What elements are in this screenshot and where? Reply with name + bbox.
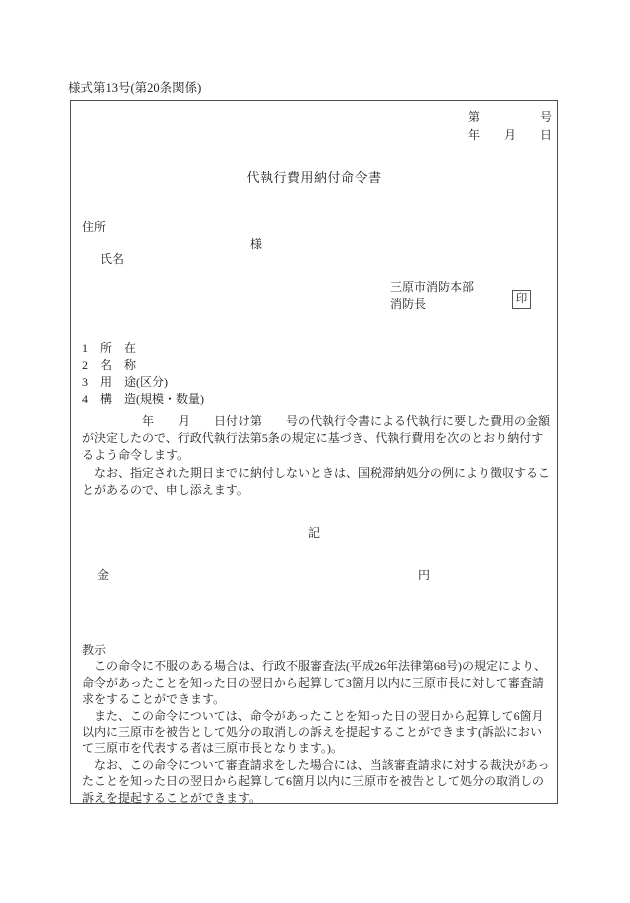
record-marker: 記 (71, 524, 557, 541)
notice-line: て三原市を代表する者は三原市長となります。)。 (82, 740, 554, 756)
amount-prefix: 金 (97, 566, 109, 583)
order-body: 年 月 日付け第 号の代執行令書による代執行に要した費用の金額 が決定したので、… (82, 413, 552, 499)
order-body-line: とがあるので、申し添えます。 (82, 482, 552, 499)
property-item-name: 2 名 称 (82, 357, 204, 374)
notice-line: たことを知った日の翌日から起算して6箇月以内に三原市を被告として処分の取消しの (82, 773, 554, 789)
document-border-box: 第 号 年 月 日 代執行費用納付命令書 住所 氏名 様 三原市消防本部 消防長… (70, 100, 558, 804)
property-item-structure: 4 構 造(規模・数量) (82, 391, 204, 408)
doc-number-line: 第 号 (468, 108, 552, 125)
form-label: 様式第13号(第20条関係) (68, 78, 201, 96)
amount-line: 金 円 (71, 566, 557, 583)
notice-line: この命令に不服のある場合は、行政不服審査法(平成26年法律第68号)の規定により… (82, 658, 554, 674)
sender-organization: 三原市消防本部 (390, 278, 474, 295)
notice-section: 教示 この命令に不服のある場合は、行政不服審査法(平成26年法律第68号)の規定… (82, 642, 554, 806)
amount-suffix: 円 (418, 566, 430, 583)
notice-line: 命令があったことを知った日の翌日から起算して3箇月以内に三原市長に対して審査請 (82, 675, 554, 691)
order-body-line: 年 月 日付け第 号の代執行令書による代執行に要した費用の金額 (82, 413, 552, 430)
name-label: 氏名 (100, 252, 124, 266)
order-body-line: が決定したので、行政代執行法第5条の規定に基づき、代執行費用を次のとおり納付す (82, 430, 552, 447)
document-page: 様式第13号(第20条関係) 第 号 年 月 日 代執行費用納付命令書 住所 氏… (0, 0, 630, 903)
notice-line: なお、この命令について審査請求をした場合には、当該審査請求に対する裁決があっ (82, 757, 554, 773)
address-label: 住所 (82, 218, 106, 235)
order-body-line: なお、指定された期日までに納付しないときは、国税滞納処分の例により徴収するこ (82, 465, 552, 482)
notice-heading: 教示 (82, 642, 554, 658)
seal-stamp: 印 (512, 290, 531, 309)
sender-position: 消防長 (390, 295, 426, 312)
honorific-sama: 様 (250, 235, 262, 252)
notice-line: 訴えを提起することができます。 (82, 790, 554, 806)
date-line: 年 月 日 (468, 126, 552, 143)
notice-line: また、この命令については、命令があったことを知った日の翌日から起算して6箇月 (82, 708, 554, 724)
document-title: 代執行費用納付命令書 (71, 167, 557, 186)
property-item-location: 1 所 在 (82, 340, 204, 357)
notice-line: 求をすることができます。 (82, 691, 554, 707)
notice-line: 以内に三原市を被告として処分の取消しの訴えを提起することができます(訴訟におい (82, 724, 554, 740)
property-item-use: 3 用 途(区分) (82, 374, 204, 391)
property-list: 1 所 在 2 名 称 3 用 途(区分) 4 構 造(規模・数量) (82, 340, 204, 408)
name-line: 氏名 様 (82, 235, 124, 297)
order-body-line: るよう命令します。 (82, 447, 552, 464)
